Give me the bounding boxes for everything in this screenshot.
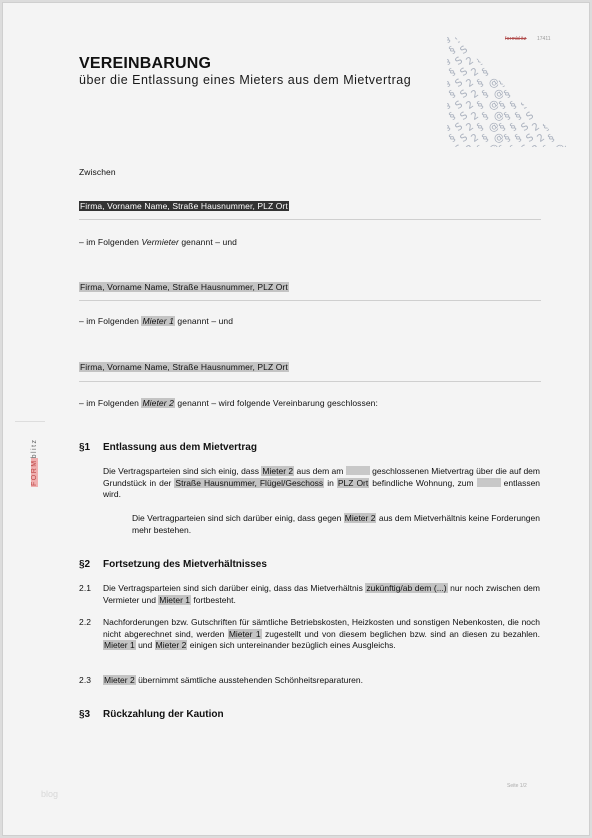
- section-2-heading: §2Fortsetzung des Mietverhältnisses: [79, 559, 267, 570]
- field-tenant1[interactable]: Mieter 1: [158, 595, 191, 605]
- pattern-glyph: @: [487, 32, 502, 47]
- pattern-glyph: §: [447, 78, 453, 90]
- document-title: VEREINBARUNG: [79, 55, 211, 73]
- pattern-glyph: @: [553, 54, 567, 69]
- pattern-glyph: 2: [531, 77, 543, 90]
- pattern-glyph: §: [447, 144, 453, 147]
- field-tenant1[interactable]: Mieter 1: [228, 629, 262, 639]
- pattern-glyph: §: [448, 67, 458, 79]
- landlord-placeholder[interactable]: Firma, Vorname Name, Straße Hausnummer, …: [79, 201, 289, 211]
- pattern-glyph: @: [558, 109, 567, 124]
- pattern-glyph: §: [514, 67, 524, 79]
- tenant2-role-line: – im Folgenden Mieter 2 genannt – wird f…: [79, 398, 378, 408]
- field-contract-date[interactable]: [346, 466, 370, 475]
- pattern-glyph: §: [547, 67, 557, 79]
- pattern-glyph: §: [514, 133, 524, 145]
- pattern-glyph: §: [476, 56, 486, 68]
- pattern-glyph: @: [558, 87, 567, 102]
- divider: [79, 381, 541, 382]
- pattern-glyph: 2: [536, 44, 548, 57]
- field-street[interactable]: Straße Hausnummer, Flügel/Geschoss: [174, 478, 324, 488]
- pattern-glyph: §: [514, 45, 524, 57]
- document-subtitle: über die Entlassung eines Mieters aus de…: [79, 73, 411, 87]
- between-label: Zwischen: [79, 167, 116, 177]
- pattern-glyph: §: [447, 29, 448, 34]
- field-effective-date[interactable]: zukünftig/ab dem (...): [365, 583, 447, 593]
- pattern-glyph: 2: [536, 66, 548, 79]
- pattern-glyph: @: [548, 29, 563, 36]
- pattern-glyph: 2: [531, 99, 543, 112]
- pattern-glyph: @: [487, 54, 502, 69]
- pattern-glyph: §: [471, 29, 481, 34]
- item-2-2-number: 2.2: [79, 617, 91, 627]
- pattern-glyph: §: [547, 89, 557, 101]
- pattern-glyph: @: [553, 32, 567, 47]
- tenant1-placeholder[interactable]: Firma, Vorname Name, Straße Hausnummer, …: [79, 282, 289, 292]
- pattern-glyph: §: [476, 34, 486, 46]
- pattern-glyph: §: [564, 78, 567, 90]
- pattern-glyph: @: [558, 43, 567, 58]
- role-tenant1[interactable]: Mieter 1: [141, 316, 175, 326]
- divider: [79, 219, 541, 220]
- pattern-glyph: §: [447, 122, 453, 134]
- pattern-glyph: @: [553, 76, 567, 91]
- pattern-glyph: §: [448, 45, 458, 57]
- tenant1-field[interactable]: Firma, Vorname Name, Straße Hausnummer, …: [79, 282, 289, 292]
- pattern-glyph: §: [542, 100, 552, 112]
- tenant2-placeholder[interactable]: Firma, Vorname Name, Straße Hausnummer, …: [79, 362, 289, 372]
- pattern-glyph: §: [447, 56, 453, 68]
- form-number: 17411: [537, 36, 551, 42]
- field-city[interactable]: PLZ Ort: [337, 478, 369, 488]
- pattern-glyph: §: [481, 67, 491, 79]
- field-tenant1[interactable]: Mieter 1: [103, 640, 136, 650]
- pattern-glyph: §: [481, 133, 491, 145]
- pattern-glyph: 2: [460, 29, 472, 35]
- pattern-glyph: S: [515, 29, 527, 35]
- pattern-glyph: §: [542, 144, 552, 147]
- pattern-glyph: §: [503, 67, 513, 79]
- pattern-glyph: §: [564, 34, 567, 46]
- role-tenant2[interactable]: Mieter 2: [141, 398, 175, 408]
- pattern-glyph: @: [553, 98, 567, 113]
- pattern-glyph: S: [520, 99, 532, 112]
- pattern-glyph: §: [509, 78, 519, 90]
- pattern-glyph: @: [558, 65, 567, 80]
- pattern-glyph: S: [525, 88, 537, 101]
- pattern-glyph: §: [481, 111, 491, 123]
- pattern-glyph: §: [559, 29, 567, 34]
- watermark: blog: [41, 789, 58, 799]
- pattern-glyph: §: [448, 89, 458, 101]
- field-tenant2[interactable]: Mieter 2: [344, 513, 377, 523]
- section-1-paragraph-2: Die Vertragparteien sind sich darüber ei…: [132, 513, 540, 536]
- pattern-glyph: 2: [470, 44, 482, 57]
- section-3-heading: §3Rückzahlung der Kaution: [79, 709, 224, 720]
- pattern-glyph: §: [547, 133, 557, 145]
- role-landlord: Vermieter: [141, 237, 178, 247]
- pattern-glyph: §: [564, 144, 567, 147]
- brand-mark: formblitz: [505, 36, 527, 42]
- item-2-3-number: 2.3: [79, 675, 91, 685]
- pattern-glyph: §: [509, 56, 519, 68]
- pattern-glyph: §: [504, 29, 514, 34]
- pattern-glyph: @: [553, 120, 567, 135]
- pattern-glyph: §: [498, 144, 508, 147]
- tenant1-role-line: – im Folgenden Mieter 1 genannt – und: [79, 316, 233, 326]
- pattern-glyph: S: [520, 55, 532, 68]
- section-1-paragraph-1: Die Vertragsparteien sind sich einig, da…: [103, 466, 540, 501]
- pattern-glyph: 2: [526, 29, 538, 35]
- pattern-glyph: §: [447, 100, 453, 112]
- pattern-glyph: §: [542, 78, 552, 90]
- pattern-glyph: §: [564, 56, 567, 68]
- landlord-field[interactable]: Firma, Vorname Name, Straße Hausnummer, …: [79, 201, 289, 211]
- pattern-glyph: §: [481, 45, 491, 57]
- page-number: Seite 1/2: [507, 783, 527, 789]
- pattern-glyph: §: [547, 111, 557, 123]
- pattern-glyph: S: [520, 77, 532, 90]
- pattern-glyph: S: [454, 33, 466, 46]
- field-tenant2[interactable]: Mieter 2: [261, 466, 294, 476]
- pattern-glyph: §: [448, 133, 458, 145]
- pattern-glyph: §: [447, 34, 453, 46]
- pattern-glyph: §: [514, 89, 524, 101]
- pattern-glyph: @: [482, 29, 497, 36]
- pattern-glyph: §: [564, 100, 567, 112]
- field-tenant2[interactable]: Mieter 2: [103, 675, 136, 685]
- tenant2-field[interactable]: Firma, Vorname Name, Straße Hausnummer, …: [79, 362, 289, 372]
- item-2-2-text: Nachforderungen bzw. Gutschriften für sä…: [103, 617, 540, 652]
- item-2-1-number: 2.1: [79, 583, 91, 593]
- sidebar-brand: FORMblitz: [31, 438, 38, 487]
- pattern-glyph: 2: [465, 33, 477, 46]
- pattern-glyph: @: [492, 43, 507, 58]
- pattern-glyph: §: [503, 45, 513, 57]
- pattern-glyph: §: [498, 56, 508, 68]
- item-2-1-text: Die Vertragsparteien sind sich darüber e…: [103, 583, 540, 606]
- pattern-glyph: §: [514, 111, 524, 123]
- pattern-glyph: §: [509, 144, 519, 147]
- divider: [79, 300, 541, 301]
- pattern-glyph: §: [448, 111, 458, 123]
- pattern-glyph: 2: [531, 55, 543, 68]
- landlord-role-line: – im Folgenden Vermieter genannt – und: [79, 237, 237, 247]
- item-2-3-text: Mieter 2 übernimmt sämtliche ausstehende…: [103, 675, 540, 687]
- formblitz-pattern-logo: §S2§@§§S2§@§§S2§@§§S2§@§§S2§@§§S2§@§§S2§…: [447, 29, 567, 147]
- field-release-date[interactable]: [477, 478, 501, 487]
- pattern-glyph: §: [564, 122, 567, 134]
- pattern-glyph: §: [481, 89, 491, 101]
- pattern-glyph: S: [525, 44, 537, 57]
- section-1-heading: §1Entlassung aus dem Mietvertrag: [79, 442, 257, 453]
- pattern-glyph: §: [547, 45, 557, 57]
- pattern-glyph: 2: [536, 88, 548, 101]
- pattern-glyph: §: [542, 56, 552, 68]
- side-line: [15, 421, 45, 422]
- pattern-glyph: §: [476, 144, 486, 147]
- pattern-glyph: §: [537, 29, 547, 34]
- pattern-glyph: S: [525, 66, 537, 79]
- pattern-glyph: S: [449, 29, 461, 35]
- pattern-glyph: 2: [536, 110, 548, 123]
- pattern-glyph: §: [493, 29, 503, 34]
- field-tenant2[interactable]: Mieter 2: [155, 640, 188, 650]
- document-page: VEREINBARUNG über die Entlassung eines M…: [2, 2, 590, 836]
